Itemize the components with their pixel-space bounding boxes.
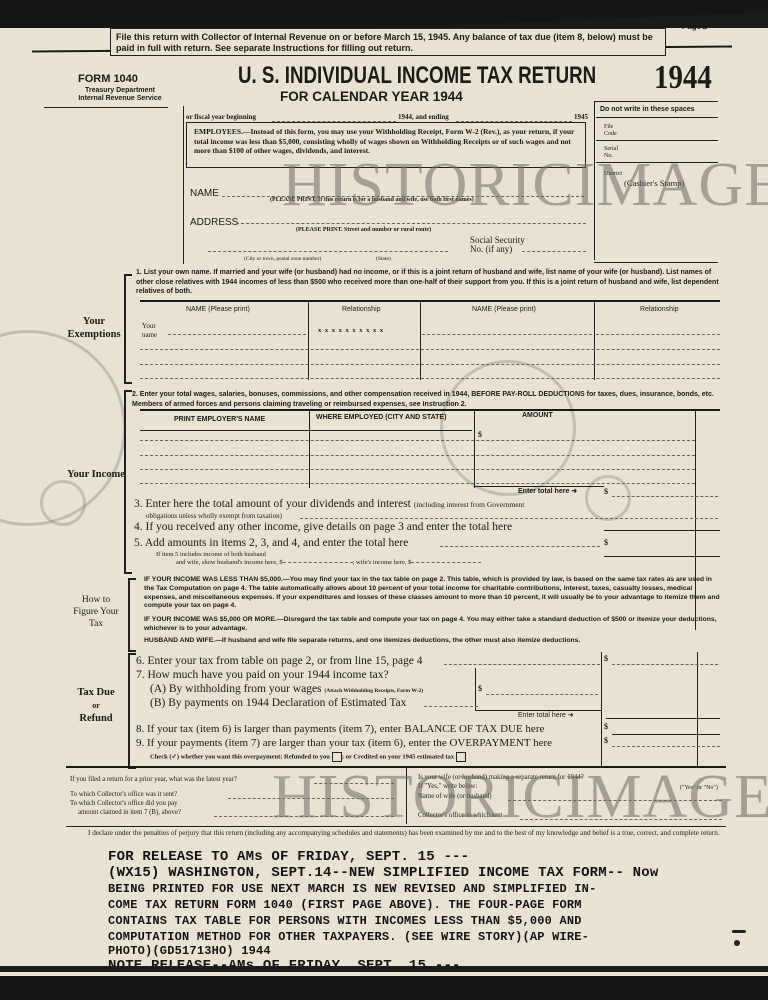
wife-income-field[interactable]: [411, 562, 481, 563]
balance-due-dollar: $: [604, 722, 608, 732]
item5-leader: [440, 546, 600, 547]
item5-note-2: and wife, show husband's income here, $;…: [176, 559, 481, 567]
paid-office-question-1: To which Collector's office did you pay: [70, 800, 177, 808]
credit-label: ; or Credited on your 1945 estimated tax: [342, 753, 454, 760]
filing-notice: File this return with Collector of Inter…: [116, 32, 661, 54]
wages-row-2[interactable]: [140, 455, 695, 456]
form-title-wrap: U. S. INDIVIDUAL INCOME TAX RETURN: [238, 63, 638, 89]
photo-bottom-edge: [0, 976, 768, 1000]
exemptions-col-relationship: Relationship: [342, 306, 381, 314]
overpayment-field[interactable]: [612, 746, 720, 747]
state-hint: (State): [376, 255, 391, 263]
name-label: NAME: [190, 188, 219, 199]
exemptions-instruction: 1. List your own name. If married and yo…: [136, 268, 720, 297]
exemption-row-3[interactable]: [140, 364, 720, 365]
form-title: U. S. INDIVIDUAL INCOME TAX RETURN: [238, 63, 550, 89]
form-number: FORM 1040: [78, 73, 138, 85]
husband-income-label: and wife, show husband's income here, $: [176, 559, 283, 566]
exemption-row-4[interactable]: [140, 378, 720, 379]
husband-income-field[interactable]: [283, 562, 353, 563]
exemptions-label: Your Exemptions: [58, 315, 130, 341]
how-to-label: How to Figure Your Tax: [70, 594, 122, 630]
watermark-top: HISTORICIMAGES: [282, 150, 768, 221]
exemptions-divider-1: [308, 302, 309, 380]
withholding-box-left: [475, 668, 476, 710]
wages-dollar: $: [478, 430, 482, 440]
how-to-under-5000: IF YOUR INCOME WAS LESS THAN $5,000.—You…: [144, 576, 722, 611]
tax-field[interactable]: [612, 664, 718, 665]
item6-leader: [444, 664, 600, 665]
your-name-label: Your name: [142, 322, 170, 340]
tax-item-7a: (A) By withholding from your wages (Atta…: [150, 682, 423, 696]
tax-due-label-3: Refund: [66, 712, 126, 725]
ssn-field[interactable]: [522, 251, 586, 252]
department: Treasury Department: [75, 87, 165, 95]
photo-bottom-rule: [0, 966, 768, 972]
paid-office-question-2: amount claimed in item 7 (B), above?: [78, 809, 181, 817]
income-item-3: 3. Enter here the total amount of your d…: [134, 497, 614, 511]
address-field[interactable]: [236, 223, 586, 224]
payments-enter-total: Enter total here ➜: [518, 712, 574, 720]
how-to-over-5000: IF YOUR INCOME WAS $5,000 OR MORE.—Disre…: [144, 616, 722, 634]
your-name-relationship: x x x x x x x x x x: [318, 327, 384, 335]
exemptions-divider-2: [420, 302, 421, 380]
tax-item-6: 6. Enter your tax from table on page 2, …: [136, 654, 422, 668]
exemptions-col-name: NAME (Please print): [186, 306, 250, 314]
income-label: Your Income: [60, 468, 132, 481]
form-year: 1944: [654, 58, 712, 98]
wages-total-rule: [474, 486, 604, 487]
fiscal-year-end: 1945: [574, 113, 588, 121]
wages-row-1[interactable]: [140, 440, 695, 441]
office-box-bottom: [594, 262, 718, 263]
tax-due-label-2: or: [66, 699, 126, 712]
income-item-5: 5. Add amounts in items 2, 3, and 4, and…: [134, 536, 408, 550]
tax-item-7b: (B) By payments on 1944 Declaration of E…: [150, 696, 406, 710]
address-label: ADDRESS: [190, 217, 238, 228]
prior-year-question: If you filed a return for a prior year, …: [70, 776, 237, 784]
city-hint: (City or town, postal zone number): [244, 255, 321, 263]
wages-enter-total: Enter total here ➜: [518, 488, 577, 496]
header-frame-left: [183, 106, 184, 264]
exemption-row-1-name-2[interactable]: [422, 334, 592, 335]
item5-note-1: If item 5 includes income of both husban…: [156, 551, 266, 559]
tax-col-divider-right: [697, 652, 698, 766]
watermark-scroll-left: [40, 480, 86, 526]
service: Internal Revenue Service: [65, 95, 175, 103]
caption-line-7: PHOTO)(GD51713HO) 1944: [108, 943, 271, 959]
income-label-text: Your Income: [67, 469, 125, 480]
exemptions-label-text: Your Exemptions: [67, 316, 120, 340]
income-col-divider-2: [474, 410, 475, 488]
office-box-rule-1: [596, 117, 718, 118]
income-col-divider-1: [309, 410, 310, 488]
income-rule: [140, 409, 720, 411]
tax-due-label: Tax Due or Refund: [66, 686, 126, 725]
item3-note: (including interest from Government: [414, 500, 525, 509]
col-where: WHERE EMPLOYED (CITY AND STATE): [316, 414, 446, 422]
page-mark: Page①: [682, 22, 708, 31]
ssn-label-2: No. (if any): [470, 243, 512, 255]
how-to-label-text: How to Figure Your Tax: [73, 595, 118, 629]
tax-col-divider-left: [601, 652, 602, 766]
payments-total-field[interactable]: [606, 718, 720, 719]
credit-checkbox[interactable]: [456, 752, 466, 762]
dividends-field[interactable]: [300, 518, 718, 519]
income-item-4: 4. If you received any other income, giv…: [134, 520, 512, 534]
caption-line-3: BEING PRINTED FOR USE NEXT MARCH IS NEW …: [108, 881, 596, 897]
other-income-field[interactable]: [604, 530, 720, 531]
header-frame-top-left: [44, 107, 168, 108]
watermark-camera-lens-center: [440, 360, 576, 496]
form-year-wrap: 1944: [654, 58, 722, 98]
income-header-underline: [140, 430, 472, 431]
total-income-dollar: $: [604, 538, 608, 548]
tax-item-8: 8. If your tax (item 6) is larger than p…: [136, 722, 544, 736]
city-field[interactable]: [208, 251, 448, 252]
item7a-text: (A) By withholding from your wages: [150, 683, 322, 695]
exemptions-rule: [140, 300, 720, 302]
fiscal-year-label: or fiscal year beginning: [186, 113, 256, 121]
refund-checkbox[interactable]: [332, 752, 342, 762]
item3-text: 3. Enter here the total amount of your d…: [134, 498, 411, 510]
wife-income-label: ; wife's income here, $: [353, 559, 412, 566]
income-item-2: 2. Enter your total wages, salaries, bon…: [132, 390, 724, 409]
item7a-note: (Attach Withholding Receipts, Form W-2): [324, 688, 423, 694]
address-hint: (PLEASE PRINT. Street and number or rura…: [296, 226, 431, 234]
withholding-field[interactable]: [486, 694, 598, 695]
total-income-field[interactable]: [604, 556, 720, 557]
wages-row-4[interactable]: [140, 483, 695, 484]
wages-total-dollar: $: [604, 487, 608, 497]
scratch-mark: [732, 930, 746, 933]
exemption-row-1-rel-2[interactable]: [596, 334, 720, 335]
estimated-tax-field[interactable]: [424, 706, 478, 707]
tax-dollar: $: [604, 654, 608, 664]
tax-due-bracket: [128, 653, 136, 769]
office-box-rule-2: [596, 140, 718, 141]
tax-item-7: 7. How much have you paid on your 1944 i…: [136, 668, 389, 682]
payments-total-rule: [475, 710, 601, 711]
caption-line-2: (WX15) WASHINGTON, SEPT.14--NEW SIMPLIFI…: [108, 865, 659, 881]
how-to-bracket: [128, 578, 136, 652]
file-code-label: File Code: [604, 124, 626, 138]
tax-item-9: 9. If your payments (item 7) are larger …: [136, 736, 552, 750]
caption-line-1: FOR RELEASE TO AMs OF FRIDAY, SEPT. 15 -…: [108, 849, 469, 865]
overpayment-dollar: $: [604, 736, 608, 746]
exemptions-divider-3: [594, 302, 595, 380]
exemption-row-2[interactable]: [140, 349, 720, 350]
fiscal-year-mid: 1944, and ending: [398, 113, 449, 121]
col-amount: AMOUNT: [522, 412, 553, 420]
overpayment-check-row: Check (✓) whether you want this overpaym…: [150, 752, 466, 762]
income-bracket: [124, 390, 132, 574]
caption-line-4: COME TAX RETURN FORM 1040 (FIRST PAGE AB…: [108, 897, 582, 913]
exemptions-col-name-2: NAME (Please print): [472, 306, 536, 314]
exemptions-bracket: [124, 274, 132, 384]
wages-total-field[interactable]: [612, 496, 718, 497]
caption-line-5: CONTAINS TAX TABLE FOR PERSONS WITH INCO…: [108, 913, 582, 929]
balance-due-field[interactable]: [612, 734, 720, 735]
item3-sub: obligations unless wholly exempt from ta…: [146, 512, 282, 520]
prior-office-question: To which Collector's office was it sent?: [70, 791, 177, 799]
how-to-husband-wife: HUSBAND AND WIFE.—If husband and wife fi…: [144, 637, 734, 646]
exemptions-col-relationship-2: Relationship: [640, 306, 679, 314]
withholding-dollar: $: [478, 684, 482, 694]
exemption-row-1-name[interactable]: [168, 334, 306, 335]
refund-label: Check (✓) whether you want this overpaym…: [150, 753, 330, 760]
office-box-title: Do not write in these spaces: [600, 106, 695, 114]
dust-dot: [734, 940, 740, 946]
watermark-bottom: HISTORICIMAGES: [272, 762, 768, 833]
office-box-top: [594, 101, 718, 102]
form-subtitle: FOR CALENDAR YEAR 1944: [280, 89, 463, 104]
tax-due-label-1: Tax Due: [66, 686, 126, 699]
wages-row-3[interactable]: [140, 469, 695, 470]
col-employer: PRINT EMPLOYER'S NAME: [174, 416, 265, 424]
